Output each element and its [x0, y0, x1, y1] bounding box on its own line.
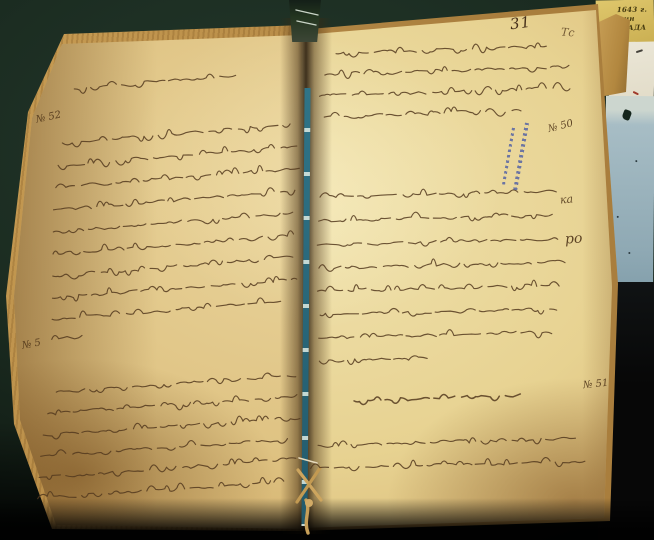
ink-marks-layer: Тс№ 52№ 5№ 50каро№ 51: [0, 0, 654, 540]
margin-mark: ка: [559, 192, 573, 206]
margin-mark: № 50: [547, 118, 574, 135]
stamp-text-line: [513, 123, 529, 191]
margin-mark: № 52: [35, 109, 62, 125]
margin-mark: № 51: [582, 378, 608, 392]
margin-mark: ро: [564, 230, 582, 247]
margin-mark: № 5: [21, 337, 42, 351]
page-number: 31: [509, 13, 532, 34]
stamp-text-line: [502, 127, 515, 185]
margin-mark: Тс: [561, 26, 575, 40]
